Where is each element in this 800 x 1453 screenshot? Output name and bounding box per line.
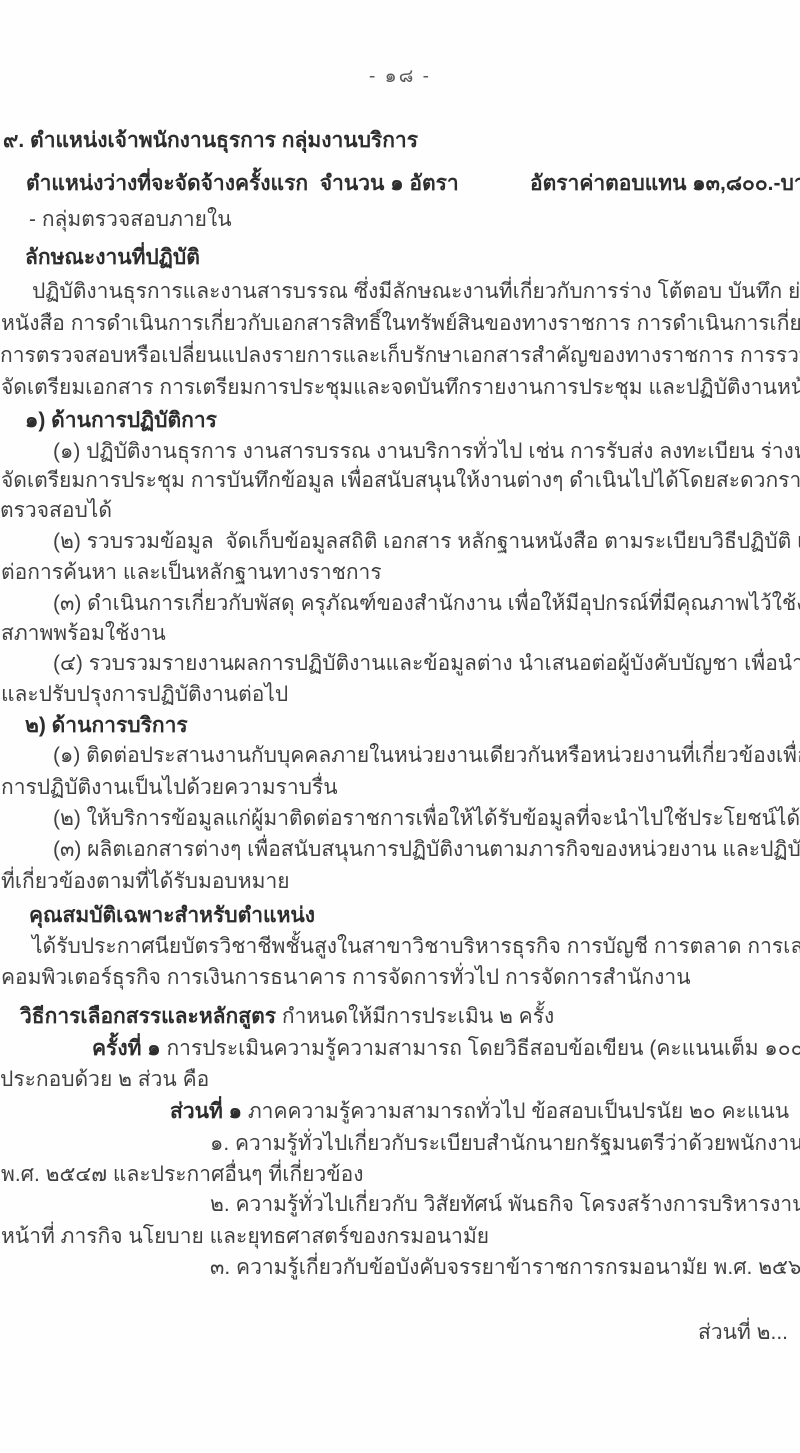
body-text: (๔) รวบรวมรายงานผลการปฏิบัติงานและข้อมูล… — [53, 652, 800, 675]
service-item-1-line-1: (๑) ติดต่อประสานงานกับบุคคลภายในหน่วยงาน… — [53, 741, 800, 771]
body-text: (๒) ให้บริการข้อมูลแก่ผู้มาติดต่อราชการเ… — [53, 807, 800, 830]
part1-topic-1-line-1: ๑. ความรู้ทั่วไปเกี่ยวกับระเบียบสำนักนาย… — [210, 1129, 800, 1159]
vacancy-line: ตำแหน่งว่างที่จะจัดจ้างครั้งแรก จำนวน ๑ … — [26, 169, 459, 199]
body-text: ประกอบด้วย ๒ ส่วน คือ — [0, 1068, 209, 1091]
body-text: การประเมินความรู้ความสามารถ โดยวิธีสอบข้… — [166, 1037, 800, 1060]
part1-topic-2-line-1: ๒. ความรู้ทั่วไปเกี่ยวกับ วิสัยทัศน์ พัน… — [210, 1190, 800, 1220]
body-text: พ.ศ. ๒๕๔๗ และประกาศอื่นๆ ที่เกี่ยวข้อง — [1, 1163, 363, 1186]
operations-item-4-line-2: และปรับปรุงการปฏิบัติงานต่อไป — [1, 680, 288, 710]
operations-item-3-line-1: (๓) ดำเนินการเกี่ยวกับพัสดุ ครุภัณฑ์ของส… — [53, 589, 800, 619]
body-text: ๒. ความรู้ทั่วไปเกี่ยวกับ วิสัยทัศน์ พัน… — [210, 1193, 800, 1216]
salary-line: อัตราค่าตอบแทน ๑๓,๘๐๐.-บาท — [530, 169, 800, 199]
part-1-line: ส่วนที่ ๑ ภาคความรู้ความสามารถทั่วไป ข้อ… — [170, 1097, 789, 1127]
body-text: ตรวจสอบได้ — [0, 499, 112, 522]
body-text: ส่วนที่ ๒... — [698, 1321, 788, 1344]
service-item-3-line-2: ที่เกี่ยวข้องตามที่ได้รับมอบหมาย — [1, 867, 290, 897]
bold-text: ๒) ด้านการบริการ — [25, 714, 188, 737]
operations-item-2-line-2: ต่อการค้นหา และเป็นหลักฐานทางราชการ — [1, 558, 382, 588]
body-text: ได้รับประกาศนียบัตรวิชาชีพชั้นสูงในสาขาว… — [32, 935, 800, 958]
body-text: ภาคความรู้ความสามารถทั่วไป ข้อสอบเป็นปรน… — [248, 1100, 789, 1123]
operations-item-1-line-3: ตรวจสอบได้ — [0, 496, 112, 526]
body-text: ๓. ความรู้เกี่ยวกับข้อบังคับจรรยาข้าราชก… — [210, 1256, 800, 1279]
body-text: กำหนดให้มีการประเมิน ๒ ครั้ง — [282, 1005, 554, 1028]
position-heading: ๙. ตำแหน่งเจ้าพนักงานธุรการ กลุ่มงานบริก… — [3, 126, 418, 156]
qualifications-line-1: ได้รับประกาศนียบัตรวิชาชีพชั้นสูงในสาขาว… — [32, 932, 800, 962]
job-description-line-4: จัดเตรียมเอกสาร การเตรียมการประชุมและจดบ… — [1, 373, 800, 403]
job-description-line-2: หนังสือ การดำเนินการเกี่ยวกับเอกสารสิทธิ… — [1, 309, 800, 339]
body-text: หนังสือ การดำเนินการเกี่ยวกับเอกสารสิทธิ… — [1, 312, 800, 335]
page-number: - ๑๘ - — [0, 62, 800, 92]
operations-item-3-line-2: สภาพพร้อมใช้งาน — [1, 619, 166, 649]
next-part-indicator: ส่วนที่ ๒... — [698, 1318, 788, 1348]
unit-line: - กลุ่มตรวจสอบภายใน — [29, 205, 232, 235]
operations-item-4-line-1: (๔) รวบรวมรายงานผลการปฏิบัติงานและข้อมูล… — [53, 649, 800, 679]
exam-round-1-line-1: ครั้งที่ ๑ การประเมินความรู้ความสามารถ โ… — [92, 1034, 800, 1064]
job-description-line-1: ปฏิบัติงานธุรการและงานสารบรรณ ซึ่งมีลักษ… — [32, 277, 800, 307]
service-item-3-line-1: (๓) ผลิตเอกสารต่างๆ เพื่อสนับสนุนการปฏิบ… — [53, 835, 800, 865]
selection-method-line: วิธีการเลือกสรรและหลักสูตร กำหนดให้มีการ… — [20, 1002, 554, 1032]
bold-text: อัตราค่าตอบแทน ๑๓,๘๐๐.-บาท — [530, 172, 800, 195]
qualifications-heading: คุณสมบัติเฉพาะสำหรับตำแหน่ง — [29, 901, 315, 931]
body-text: การปฏิบัติงานเป็นไปด้วยความราบรื่น — [1, 776, 338, 799]
bold-text: ลักษณะงานที่ปฏิบัติ — [25, 246, 200, 269]
service-item-1-line-2: การปฏิบัติงานเป็นไปด้วยความราบรื่น — [1, 773, 338, 803]
body-text: คอมพิวเตอร์ธุรกิจ การเงินการธนาคาร การจั… — [1, 966, 691, 989]
operations-item-1-line-1: (๑) ปฏิบัติงานธุรการ งานสารบรรณ งานบริกา… — [53, 437, 800, 467]
bold-text: ส่วนที่ ๑ — [170, 1100, 248, 1123]
operations-item-1-line-2: จัดเตรียมการประชุม การบันทึกข้อมูล เพื่อ… — [1, 466, 800, 496]
bold-text: วิธีการเลือกสรรและหลักสูตร — [20, 1005, 282, 1028]
bold-text: ตำแหน่งว่างที่จะจัดจ้างครั้งแรก จำนวน ๑ … — [26, 172, 459, 195]
document-page: - ๑๘ -๙. ตำแหน่งเจ้าพนักงานธุรการ กลุ่มง… — [0, 0, 800, 1453]
body-text: - ๑๘ - — [369, 66, 431, 87]
body-text: (๒) รวบรวมข้อมูล จัดเก็บข้อมูลสถิติ เอกส… — [53, 530, 800, 553]
bold-text: ๑) ด้านการปฏิบัติการ — [25, 409, 217, 432]
body-text: และปรับปรุงการปฏิบัติงานต่อไป — [1, 683, 288, 706]
operations-section-heading: ๑) ด้านการปฏิบัติการ — [25, 406, 217, 436]
body-text: - กลุ่มตรวจสอบภายใน — [29, 208, 232, 231]
body-text: สภาพพร้อมใช้งาน — [1, 622, 166, 645]
part1-topic-2-line-2: หน้าที่ ภารกิจ นโยบาย และยุทธศาสตร์ของกร… — [1, 1222, 489, 1252]
body-text: ที่เกี่ยวข้องตามที่ได้รับมอบหมาย — [1, 870, 290, 893]
body-text: (๓) ดำเนินการเกี่ยวกับพัสดุ ครุภัณฑ์ของส… — [53, 592, 800, 615]
job-description-line-3: การตรวจสอบหรือเปลี่ยนแปลงรายการและเก็บรั… — [0, 341, 800, 371]
body-text: (๓) ผลิตเอกสารต่างๆ เพื่อสนับสนุนการปฏิบ… — [53, 838, 800, 861]
bold-text: ครั้งที่ ๑ — [92, 1037, 166, 1060]
service-section-heading: ๒) ด้านการบริการ — [25, 711, 188, 741]
body-text: (๑) ปฏิบัติงานธุรการ งานสารบรรณ งานบริกา… — [53, 440, 800, 463]
part1-topic-1-line-2: พ.ศ. ๒๕๔๗ และประกาศอื่นๆ ที่เกี่ยวข้อง — [1, 1160, 363, 1190]
body-text: ต่อการค้นหา และเป็นหลักฐานทางราชการ — [1, 561, 382, 584]
body-text: ปฏิบัติงานธุรการและงานสารบรรณ ซึ่งมีลักษ… — [32, 280, 800, 303]
body-text: ๑. ความรู้ทั่วไปเกี่ยวกับระเบียบสำนักนาย… — [210, 1132, 800, 1155]
body-text: (๑) ติดต่อประสานงานกับบุคคลภายในหน่วยงาน… — [53, 744, 800, 767]
job-description-heading: ลักษณะงานที่ปฏิบัติ — [25, 243, 200, 273]
body-text: การตรวจสอบหรือเปลี่ยนแปลงรายการและเก็บรั… — [0, 344, 800, 367]
body-text: หน้าที่ ภารกิจ นโยบาย และยุทธศาสตร์ของกร… — [1, 1225, 489, 1248]
body-text: จัดเตรียมเอกสาร การเตรียมการประชุมและจดบ… — [1, 376, 800, 399]
part1-topic-3-line: ๓. ความรู้เกี่ยวกับข้อบังคับจรรยาข้าราชก… — [210, 1253, 800, 1283]
bold-text: ๙. ตำแหน่งเจ้าพนักงานธุรการ กลุ่มงานบริก… — [3, 129, 418, 152]
service-item-2-line-1: (๒) ให้บริการข้อมูลแก่ผู้มาติดต่อราชการเ… — [53, 804, 800, 834]
bold-text: คุณสมบัติเฉพาะสำหรับตำแหน่ง — [29, 904, 315, 927]
exam-round-1-line-2: ประกอบด้วย ๒ ส่วน คือ — [0, 1065, 209, 1095]
qualifications-line-2: คอมพิวเตอร์ธุรกิจ การเงินการธนาคาร การจั… — [1, 963, 691, 993]
body-text: จัดเตรียมการประชุม การบันทึกข้อมูล เพื่อ… — [1, 469, 800, 492]
operations-item-2-line-1: (๒) รวบรวมข้อมูล จัดเก็บข้อมูลสถิติ เอกส… — [53, 527, 800, 557]
